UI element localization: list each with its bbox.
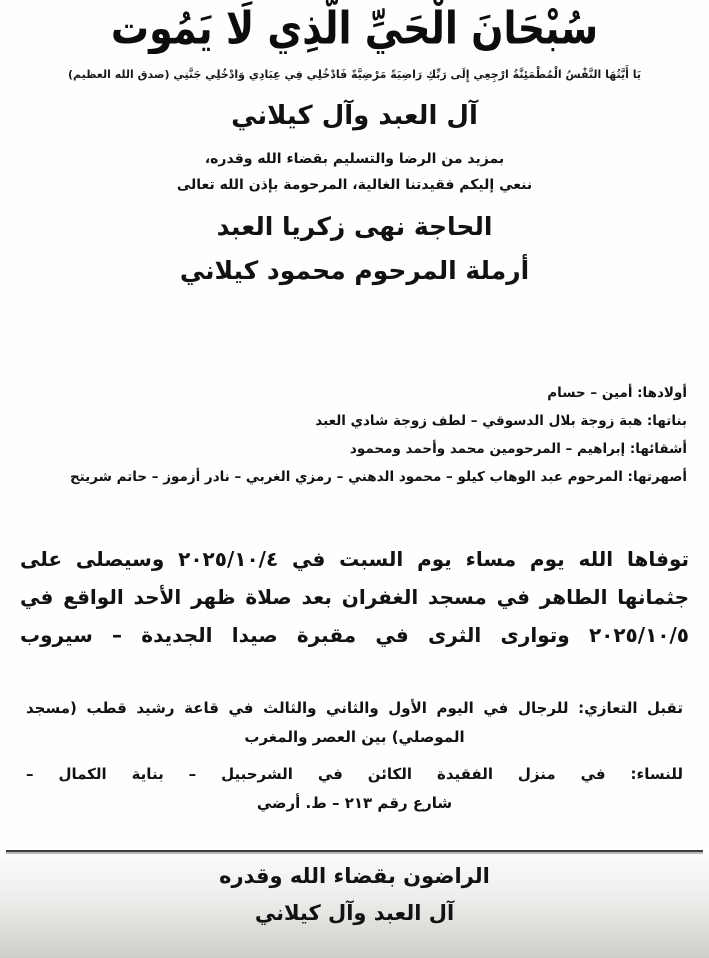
family-names-title: آل العبد وآل كيلاني — [0, 101, 709, 131]
announcement-line-1: توفاها الله يوم مساء يوم السبت في ٢٠٢٥/١… — [20, 540, 689, 578]
intro-line-1: بمزيد من الرضا والتسليم بقضاء الله وقدره… — [0, 151, 709, 167]
deceased-description: أرملة المرحوم محمود كيلاني — [0, 256, 709, 285]
relatives-sons-line: أولادها: أمين – حسام — [22, 379, 687, 407]
deceased-name: الحاجة نهى زكريا العبد — [0, 212, 709, 241]
condolences-section: تقبل التعازي: للرجال في اليوم الأول والث… — [26, 694, 683, 818]
relatives-inlaws-line: أصهرتها: المرحوم عبد الوهاب كيلو – محمود… — [22, 463, 687, 491]
condolences-women-line-2: شارع رقم ٢١٣ – ط. أرضي — [26, 789, 683, 818]
announcement-line-2: جثمانها الطاهر في مسجد الغفران بعد صلاة … — [20, 578, 689, 616]
footer-family-line: آل العبد وآل كيلاني — [0, 901, 709, 925]
announcement-line-3: ٢٠٢٥/١٠/٥ وتوارى الثرى في مقبرة صيدا الج… — [20, 616, 689, 654]
death-announcement-paragraph: توفاها الله يوم مساء يوم السبت في ٢٠٢٥/١… — [20, 540, 689, 654]
condolences-men-line-2: الموصلي) بين العصر والمغرب — [26, 723, 683, 752]
obituary-page: سُبْحَانَ الْحَيِّ الَّذِي لَا يَمُوت يَ… — [0, 0, 709, 958]
calligraphy-header: سُبْحَانَ الْحَيِّ الَّذِي لَا يَمُوت — [0, 2, 709, 54]
condolences-men-line: تقبل التعازي: للرجال في اليوم الأول والث… — [26, 694, 683, 723]
relatives-daughters-line: بناتها: هبة زوجة بلال الدسوقي – لطف زوجة… — [22, 407, 687, 435]
condolences-women-line: للنساء: في منزل الفقيدة الكائن في الشرحب… — [26, 760, 683, 789]
footer-section: الراضون بقضاء الله وقدره آل العبد وآل كي… — [0, 854, 709, 958]
intro-line-2: ننعي إليكم فقيدتنا الغالية، المرحومة بإذ… — [0, 177, 709, 193]
relatives-list: أولادها: أمين – حسام بناتها: هبة زوجة بل… — [22, 379, 687, 491]
quran-verse: يَا أَيَّتُهَا النَّفْسُ الْمُطْمَئِنَّة… — [0, 68, 709, 81]
relatives-brothers-line: أشقائها: إبراهيم – المرحومين محمد وأحمد … — [22, 435, 687, 463]
footer-acceptance-line: الراضون بقضاء الله وقدره — [0, 864, 709, 888]
